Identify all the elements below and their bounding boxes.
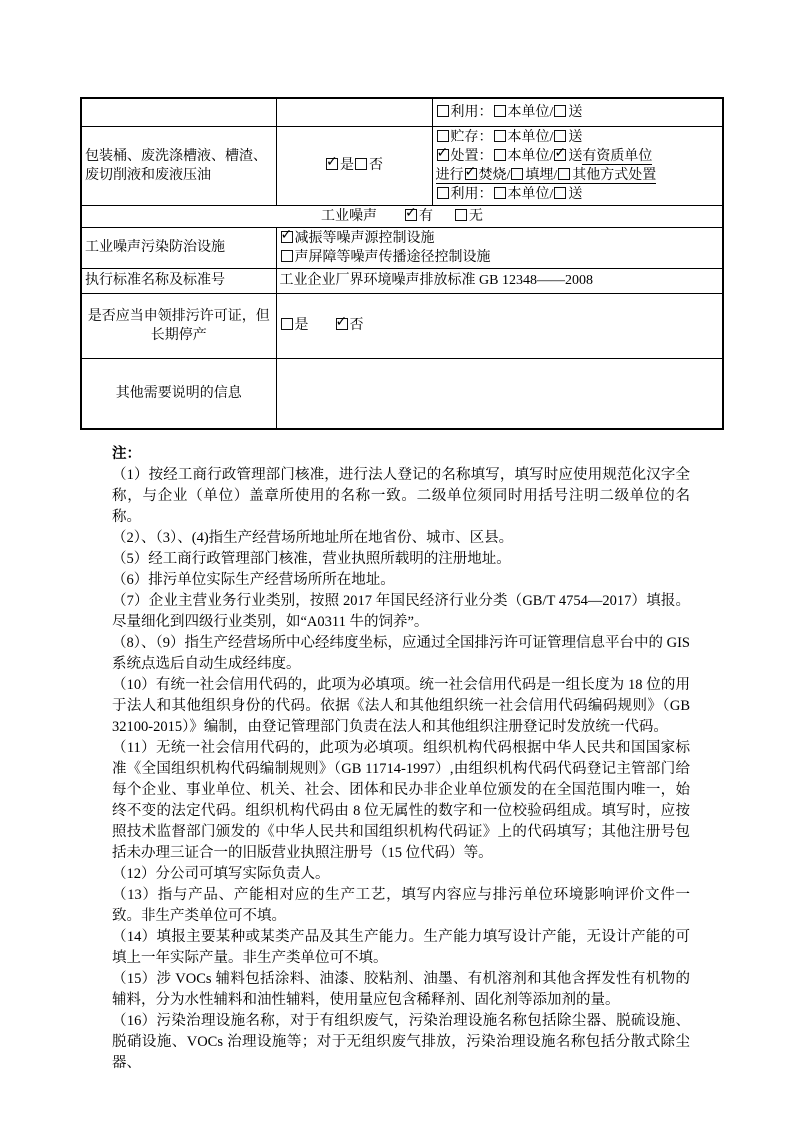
table-row-noise-facility: 工业噪声污染防治设施 减振等噪声源控制设施 声屏障等噪声传播途径控制设施	[81, 227, 723, 268]
reuse-option-line: 利用：本单位/送	[436, 103, 720, 122]
checkbox-unchecked-icon	[281, 318, 293, 330]
waste-disposal-details-cell: 贮存：本单位/送 处置：本单位/送有资质单位 进行焚烧/填埋/其他方式处置 利用…	[432, 126, 723, 205]
checkbox-unchecked-icon	[494, 149, 506, 161]
waste-label-cell: 包装桶、废洗涤槽液、槽渣、废切削液和废液压油	[81, 126, 276, 205]
checkbox-unchecked-icon	[355, 158, 367, 170]
table-row-waste: 包装桶、废洗涤槽液、槽渣、废切削液和废液压油 是否 贮存：本单位/送 处置：本单…	[81, 126, 723, 205]
carryover-empty-cell-1	[81, 98, 276, 126]
noise-facility-option-2: 声屏障等噪声传播途径控制设施	[280, 248, 720, 267]
checkbox-checked-icon	[336, 318, 348, 330]
note-item: （16）污染治理设施名称，对于有组织废气，污染治理设施名称包括除尘器、脱硫设施、…	[112, 1011, 690, 1074]
document-page: 利用：本单位/送 包装桶、废洗涤槽液、槽渣、废切削液和废液压油 是否 贮存：本单…	[0, 0, 800, 1131]
storage-option-line: 贮存：本单位/送	[436, 128, 720, 147]
checkbox-unchecked-icon	[511, 168, 523, 180]
note-item: （14）填报主要某种或某类产品及其生产能力。生产能力填写设计产能，无设计产能的可…	[112, 927, 690, 969]
checkbox-unchecked-icon	[554, 105, 566, 117]
permit-yes-option: 是	[280, 318, 309, 333]
other-info-label-cell: 其他需要说明的信息	[81, 358, 276, 429]
permit-label-cell: 是否应当申领排污许可证，但长期停产	[81, 293, 276, 358]
checkbox-unchecked-icon	[494, 130, 506, 142]
noise-facility-label-cell: 工业噪声污染防治设施	[81, 227, 276, 268]
carryover-empty-cell-2	[276, 98, 432, 126]
note-item: （10）有统一社会信用代码的，此项为必填项。统一社会信用代码是一组长度为 18 …	[112, 675, 690, 738]
checkbox-checked-icon	[326, 158, 338, 170]
noise-header-label: 工业噪声	[321, 209, 377, 224]
table-row-other-info: 其他需要说明的信息	[81, 358, 723, 429]
checkbox-checked-icon	[437, 149, 449, 161]
permit-no-option: 否	[335, 318, 364, 333]
note-item: （12）分公司可填写实际负责人。	[112, 864, 690, 885]
checkbox-unchecked-icon	[554, 130, 566, 142]
checkbox-unchecked-icon	[494, 187, 506, 199]
note-item: （7）企业主营业务行业类别，按照 2017 年国民经济行业分类（GB/T 475…	[112, 591, 690, 633]
waste-yes-no-cell: 是否	[276, 126, 432, 205]
noise-no-option: 无	[454, 209, 483, 224]
checkbox-checked-icon	[405, 209, 417, 221]
notes-section: 注： （1）按经工商行政管理部门核准，进行法人登记的名称填写，填写时应使用规范化…	[112, 444, 690, 1074]
checkbox-unchecked-icon	[455, 209, 467, 221]
disposal-option-line: 处置：本单位/送有资质单位	[436, 147, 720, 166]
checkbox-checked-icon	[465, 168, 477, 180]
other-info-value-cell	[276, 358, 723, 429]
standard-value-cell: 工业企业厂界环境噪声排放标准 GB 12348——2008	[276, 268, 723, 293]
disposal-methods-line: 进行焚烧/填埋/其他方式处置	[436, 166, 720, 185]
permit-answer-cell: 是否	[276, 293, 723, 358]
note-item: （1）按经工商行政管理部门核准，进行法人登记的名称填写，填写时应使用规范化汉字全…	[112, 465, 690, 528]
disposal-destination-underlined: 有资质单位	[582, 149, 652, 165]
table-row-permit: 是否应当申领排污许可证，但长期停产 是否	[81, 293, 723, 358]
checkbox-unchecked-icon	[437, 130, 449, 142]
disposal-prefix: 处置：本单位/送	[436, 149, 583, 164]
checkbox-unchecked-icon	[437, 187, 449, 199]
disposal-methods-underlined: 进行焚烧/填埋/其他方式处置	[436, 168, 657, 184]
checkbox-checked-icon	[554, 149, 566, 161]
note-item: （2）、（3）、(4)指生产经营场所地址所在地省份、城市、区县。	[112, 528, 690, 549]
noise-yes-option: 有	[404, 209, 433, 224]
note-item: （13）指与产品、产能相对应的生产工艺，填写内容应与排污单位环境影响评价文件一致…	[112, 885, 690, 927]
standard-label-cell: 执行标准名称及标准号	[81, 268, 276, 293]
checkbox-unchecked-icon	[558, 168, 570, 180]
checkbox-unchecked-icon	[437, 105, 449, 117]
note-item: （5）经工商行政管理部门核准，营业执照所载明的注册地址。	[112, 549, 690, 570]
pollution-form-table: 利用：本单位/送 包装桶、废洗涤槽液、槽渣、废切削液和废液压油 是否 贮存：本单…	[80, 97, 724, 430]
carryover-reuse-cell: 利用：本单位/送	[432, 98, 723, 126]
note-item: （6）排污单位实际生产经营场所所在地址。	[112, 570, 690, 591]
checkbox-unchecked-icon	[494, 105, 506, 117]
note-item: （8）、（9）指生产经营场所中心经纬度坐标，应通过全国排污许可证管理信息平台中的…	[112, 633, 690, 675]
noise-facility-options-cell: 减振等噪声源控制设施 声屏障等噪声传播途径控制设施	[276, 227, 723, 268]
table-row-noise-header: 工业噪声有无	[81, 205, 723, 227]
noise-header-cell: 工业噪声有无	[81, 205, 723, 227]
reuse-option-line-2: 利用：本单位/送	[436, 185, 720, 204]
checkbox-unchecked-icon	[281, 250, 293, 262]
checkbox-checked-icon	[281, 231, 293, 243]
note-item: （11）无统一社会信用代码的，此项为必填项。组织机构代码根据中华人民共和国国家标…	[112, 738, 690, 864]
noise-facility-option-1: 减振等噪声源控制设施	[280, 229, 720, 248]
checkbox-unchecked-icon	[554, 187, 566, 199]
notes-title: 注：	[112, 444, 690, 465]
table-row-standard: 执行标准名称及标准号 工业企业厂界环境噪声排放标准 GB 12348——2008	[81, 268, 723, 293]
table-row-carryover: 利用：本单位/送	[81, 98, 723, 126]
note-item: （15）涉 VOCs 辅料包括涂料、油漆、胶粘剂、油墨、有机溶剂和其他含挥发性有…	[112, 969, 690, 1011]
